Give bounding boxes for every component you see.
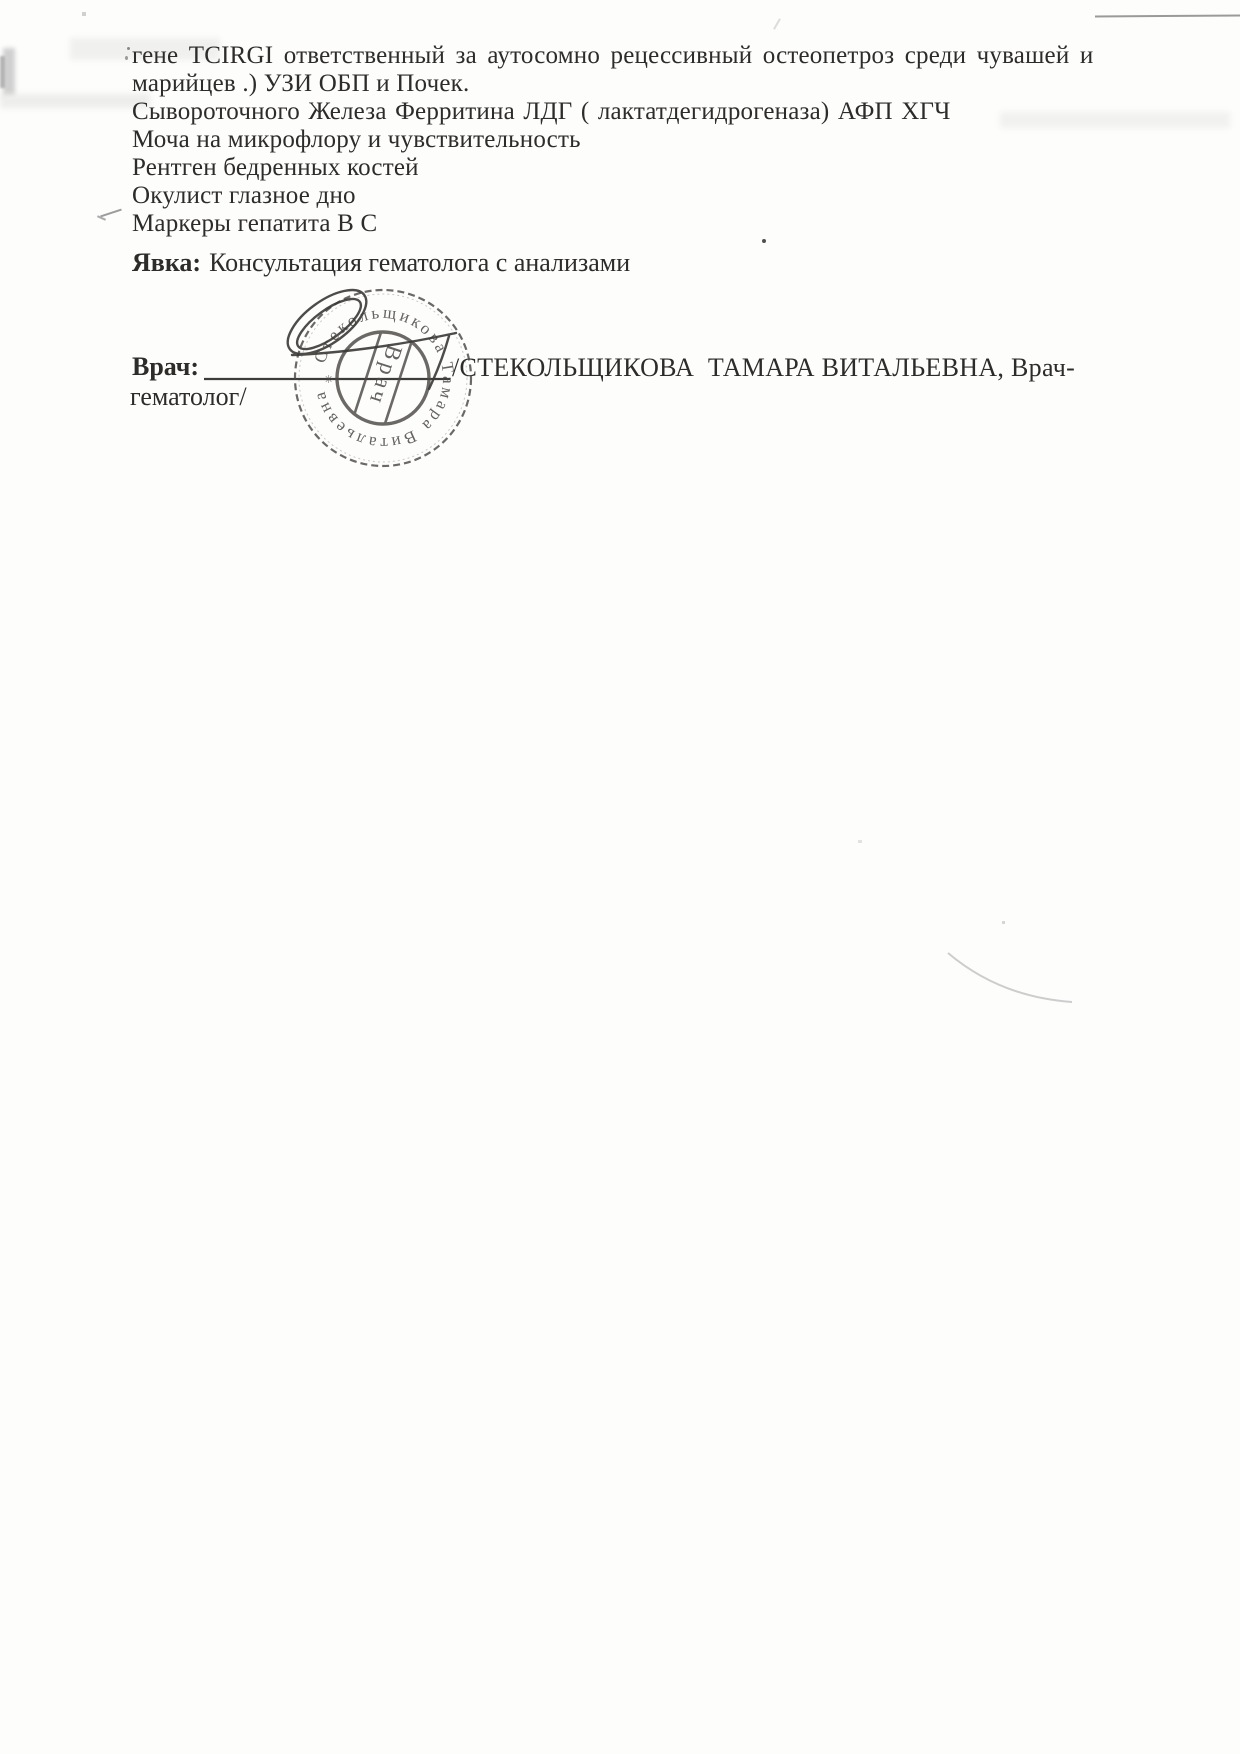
scan-artifact-smudge — [0, 94, 150, 108]
appointment-text: Консультация гематолога с анализами — [209, 248, 630, 277]
round-stamp-icon — [295, 290, 471, 466]
text-line: марийцев .) УЗИ ОБП и Почек. — [132, 70, 469, 98]
scanned-document-page: гене TCIRGI ответственный за аутосомно р… — [0, 0, 1240, 1754]
scan-speck — [773, 18, 781, 29]
scan-artifact-smudge — [0, 56, 5, 88]
text-line: Рентген бедренных костей — [132, 154, 419, 182]
doctor-label: Врач: — [132, 352, 199, 382]
scan-artifact-line — [1095, 14, 1240, 17]
text-line: гене TCIRGI ответственный за аутосомно р… — [132, 42, 1093, 70]
scan-artifact-smudge — [3, 48, 15, 98]
svg-text:Стекольщикова Тамара Витальевн: Стекольщикова Тамара Витальевна — [310, 303, 458, 453]
signature-scribble — [277, 278, 456, 389]
scan-artifact-smudge — [1000, 112, 1230, 128]
appointment-label: Явка: — [132, 248, 201, 277]
scan-speck — [762, 239, 766, 243]
scan-artifact-tick — [97, 215, 106, 220]
scan-speck — [858, 840, 862, 843]
stamp-ring-text: Стекольщикова Тамара Витальевна — [310, 303, 458, 453]
scan-artifact-scratch — [940, 945, 1080, 1015]
text-line: Сывороточного Железа Ферритина ЛДГ ( лак… — [132, 98, 951, 126]
text-line: Маркеры гепатита В С — [132, 210, 377, 238]
text-line: Окулист глазное дно — [132, 182, 356, 210]
scan-artifact-tick — [100, 209, 122, 218]
doctor-name-text: /СТЕКОЛЬЩИКОВА ТАМАРА ВИТАЛЬЕВНА, Врач- — [452, 353, 1075, 383]
text-line: Моча на микрофлору и чувствительность — [132, 126, 581, 154]
doctor-specialty-text: гематолог/ — [130, 382, 247, 412]
scan-speck — [82, 12, 86, 16]
appointment-line: Явка:Консультация гематолога с анализами — [132, 248, 630, 278]
stamp-center-text: Врач — [364, 342, 407, 410]
scan-speck — [127, 47, 130, 50]
scan-speck — [1002, 921, 1005, 924]
stamp-separator-star: ✳ — [324, 374, 333, 386]
scan-speck — [125, 56, 128, 60]
